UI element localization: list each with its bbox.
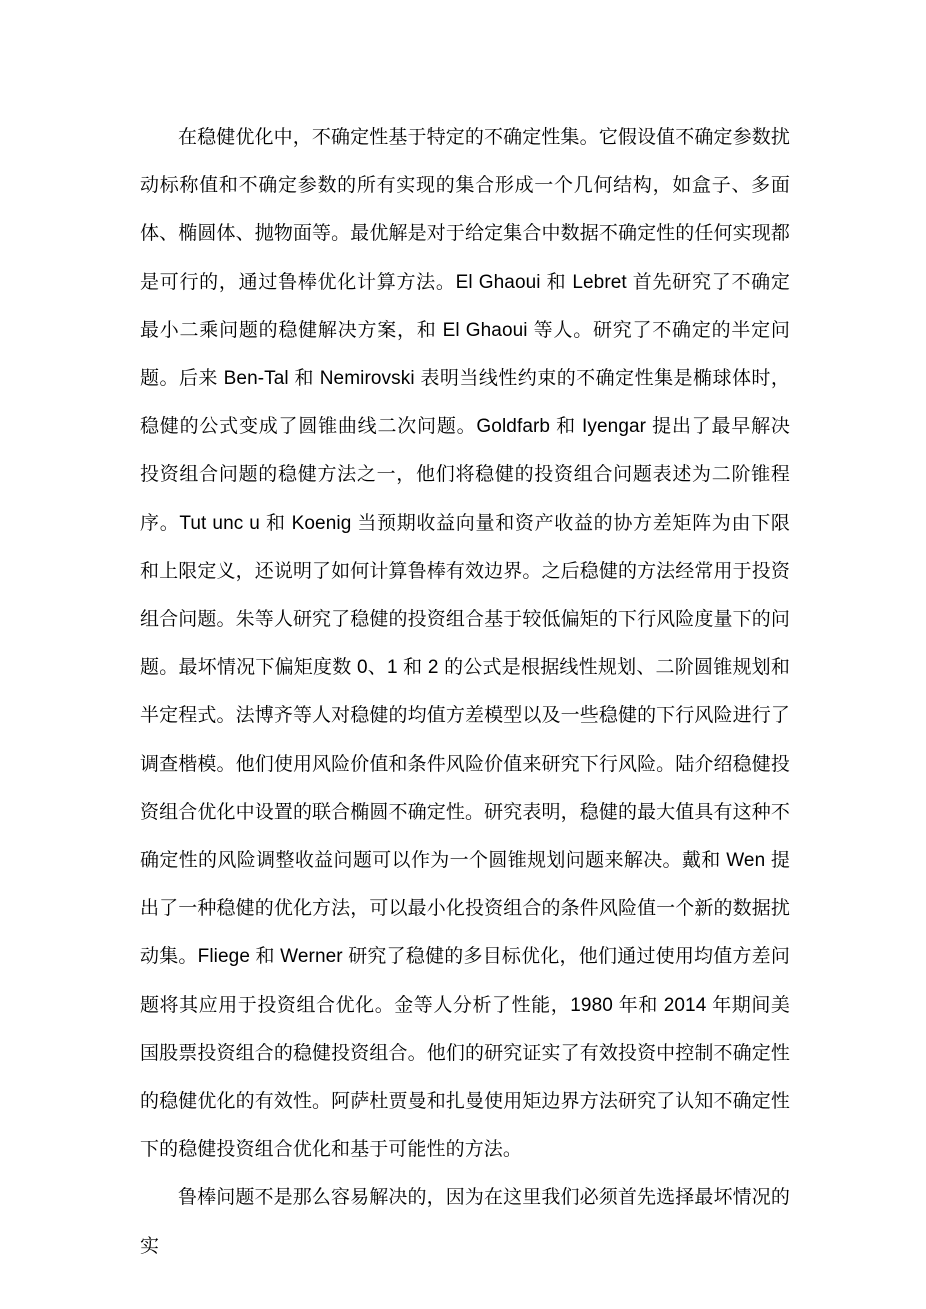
paragraph-robust-optimization-literature-review: 在稳健优化中，不确定性基于特定的不确定性集。它假设值不确定参数扰动标称值和不确定… — [140, 114, 790, 1174]
paragraph-robust-problem-difficulty: 鲁棒问题不是那么容易解决的，因为在这里我们必须首先选择最坏情况的实 — [140, 1174, 790, 1270]
document-page: 在稳健优化中，不确定性基于特定的不确定性集。它假设值不确定参数扰动标称值和不确定… — [0, 0, 926, 1309]
document-body: 在稳健优化中，不确定性基于特定的不确定性集。它假设值不确定参数扰动标称值和不确定… — [140, 114, 790, 1271]
